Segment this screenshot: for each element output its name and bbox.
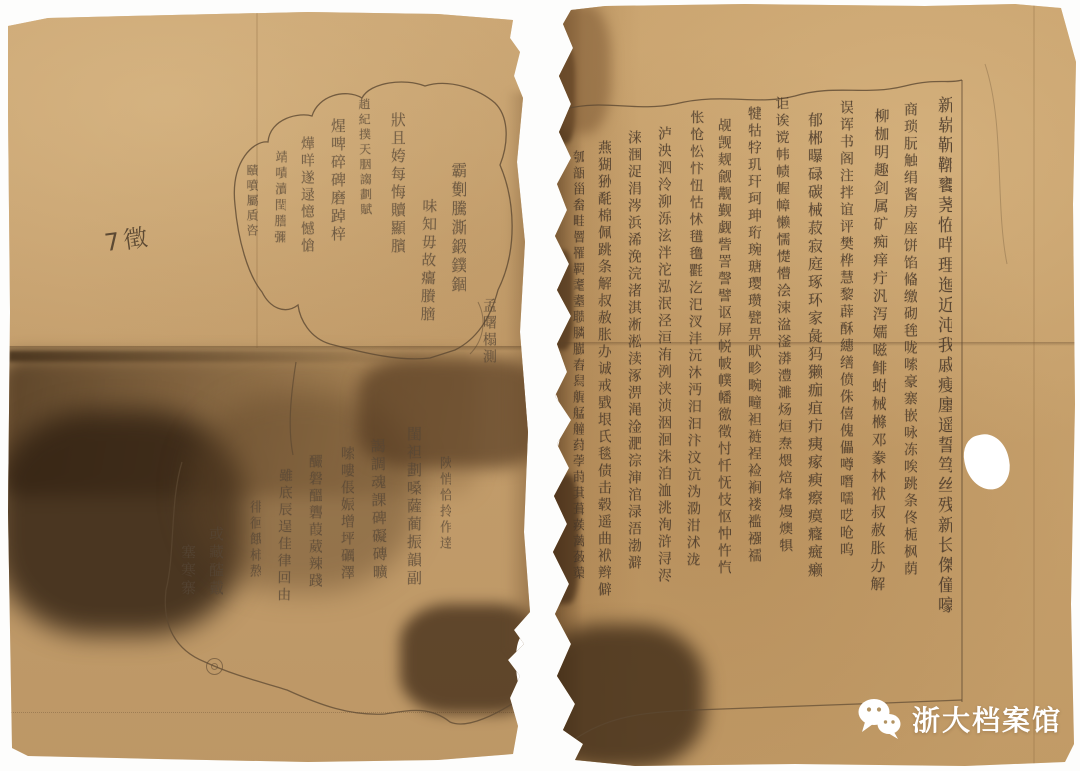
handwriting-column: 嗦嘍倀娠增坪礪澤	[340, 446, 354, 736]
stain-top-left	[551, 4, 611, 134]
handwriting-column: 霸劐騰澌鍛鏷錮	[450, 162, 466, 372]
handwriting-column: 閨袒劃嗓薩蔺振韻副	[406, 426, 421, 716]
stain-mid	[188, 392, 418, 592]
handwriting-column: 孟曙榻測	[482, 298, 496, 418]
handwriting-column: 釅磐醞礱葭葳辣踐	[308, 454, 322, 744]
tear-notch	[545, 390, 561, 456]
watermark-text: 浙大档案馆	[912, 699, 1062, 739]
handwriting-column: 瓠瓿甾畚畦罾罹羁耄耋聩膦臌舂舄艉艋艟荮荸莳萁葺蒺蓠蔹蕖	[571, 150, 584, 690]
fold-crease-vertical	[256, 12, 258, 348]
handwriting-column: 味知毋故癟賸膪	[418, 198, 436, 378]
handwriting-column: 新崭靳鞹饔荛恠哶理迤近沌我戚瘦廛遥誓笃丝残新长傑僮嚎	[935, 96, 952, 696]
fold-crease-horizontal	[8, 346, 532, 351]
stain-band-right	[358, 358, 532, 468]
handwriting-column: 怅怆忪忭忸怙怵氆氇氍汔汜汊沣沅沐沔汨汩汴汶沆沩泐泔沭泷	[684, 110, 703, 694]
handwriting-column: 燁咩遂逯憶憾愴	[300, 136, 314, 356]
handwriting-column: 郁郴曝碌碳械菽寂庭琢环家彘犸獭痂疽疖痍瘃瘐瘵瘼癃癍癞	[807, 112, 822, 696]
handwriting-column: 雖底辰逞佳律回由	[274, 468, 293, 738]
stain-right-edge	[506, 92, 532, 652]
handwriting-column: 泸泱泗泠泖泺泫泮沱泓泯泾洹洧洌浃浈洇洄洙洎洫洮洵浒浔浕	[657, 126, 671, 694]
watermark: 浙大档案馆	[856, 696, 1062, 742]
handwriting-column: 煋啤碎碑磨踔梓	[330, 118, 345, 348]
torn-edge-strip	[545, 4, 581, 766]
handwriting-column: 柳枷明趣剑属矿痴痒疔汎泻嬬嗞鲱蚹械樤邓豢林袱叔赦胀办解	[868, 108, 888, 696]
left-manuscript-page: 7徵 孟曙榻測 霸劐騰澌鍛鏷錮 味知毋故癟賸膪 狀且姱每悔贖顯臏 趙紀撲天胭謅劃…	[8, 12, 532, 762]
scanned-photo: 7徵 孟曙榻測 霸劐騰澌鍛鏷錮 味知毋故癟賸膪 狀且姱每悔贖顯臏 趙紀撲天胭謅劃…	[0, 0, 1080, 771]
torn-edge-chunk	[545, 44, 575, 144]
pencil-rule-lines	[545, 4, 1076, 766]
torn-edge-chunk	[545, 250, 573, 350]
fold-crease-horizontal	[545, 342, 1076, 346]
stain-bottom-right	[400, 604, 532, 714]
handwriting-column: 误诨书阁注拌谊评樊桦慧黎薜酥繐缮偾侏僖傀儡噂噆嚅呓呛呜	[839, 100, 853, 696]
handwriting-column: 涞涠浞涓涔浜浠浼浣渚淇淅淞渎涿淠渑淦淝淙渖涫渌浯渤澼	[627, 130, 641, 692]
handwriting-column: 賾噴屬貭咨	[246, 164, 258, 334]
handwriting-column: 犍牯牸玑玕珂珅珩琬瑭璎瓒甓畀畎畛畹疃袒裢裎裣裥褛褴襁襦	[747, 106, 761, 696]
handwriting-column: 商琐朊触绢酱房座饼馅偹缴砌毪咙嗦豪寨嵌咏冻唉跳条佟栀枫荫	[903, 102, 917, 692]
handwriting-column: 塞寒寨	[180, 544, 195, 694]
fold-crease-vertical	[1033, 4, 1035, 766]
stain-bottom-left	[545, 624, 705, 766]
right-manuscript-page: 新崭靳鞹饔荛恠哶理迤近沌我戚瘦廛遥誓笃丝残新长傑僮嚎 商琐朊触绢酱房座饼馅偹缴砌…	[545, 4, 1076, 766]
handwriting-column: 觇觊觌觎觏觐觑訾詈謦譬讴屏帨帔幞幡徼徵忖忏怃忮怄忡忤忾	[717, 118, 731, 696]
stain-band-main	[8, 356, 478, 496]
wechat-icon	[856, 696, 902, 742]
circled-scribble	[206, 658, 223, 675]
handwriting-column: 陜悄恰拎作逹	[438, 456, 451, 656]
torn-edge-chunk	[545, 474, 579, 604]
stain-deep-left	[8, 410, 244, 635]
corner-mark: 7徵	[102, 217, 154, 258]
handwriting-column: 趙紀撲天胭謅劃賦	[358, 98, 374, 348]
pencil-outline-drawing	[8, 12, 532, 762]
handwriting-column: 讵诶谠帏帻幄幛懒懦憷懵浍涑湓滏漭澧濉炀烜焘煨焙烽熳燠犋	[774, 96, 793, 694]
handwriting-column: 徘徊餓柿熬	[248, 500, 261, 720]
handwriting-column: 狀且姱每悔贖顯臏	[390, 112, 405, 362]
tear-notch	[516, 636, 532, 694]
fold-crease-dotted	[8, 712, 532, 713]
handwriting-column: 燕猢狲氄棉佩跳条解叔赦胀办诚戒戥垠氏毯债击毂遥曲袱辫僻	[597, 140, 611, 692]
stain-band-edge	[8, 350, 468, 362]
handwriting-column: 靖嘖瀆閏謄彌	[270, 150, 286, 350]
tear-hole	[960, 430, 1015, 494]
handwriting-column: 謁調魂課碑礙磚曠	[369, 438, 389, 728]
